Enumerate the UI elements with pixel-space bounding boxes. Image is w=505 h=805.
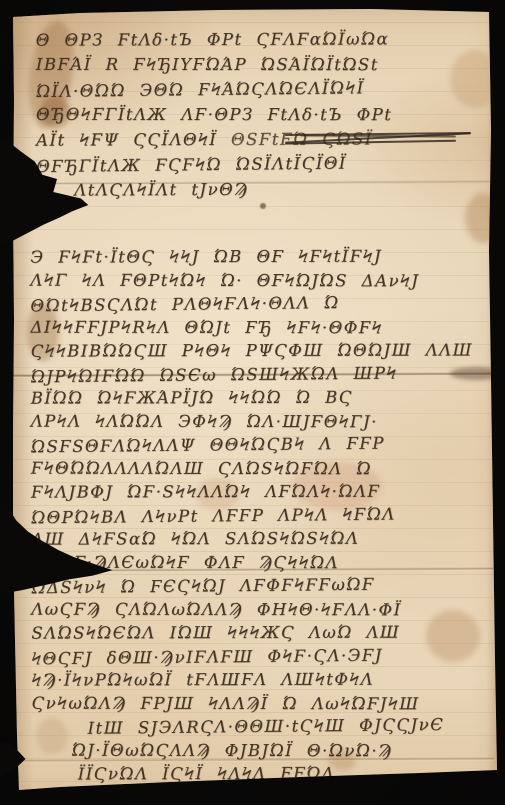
handwritten-line: ϚνϞωΏΛϠ ϜΡЈШ ϞΛΛϠΪ Ώ ΛωϞΏϜЈϞШ	[31, 691, 473, 715]
handwritten-line: ΏΪΛ·ΘΏΏ ЭΘΏ ϜϞΆΏϚΛΏЄΛΪΏϞΪ	[36, 75, 393, 104]
handwritten-line: ΘΏtϞΒЅϚΛΏt ΡΛΘϞϜΛϞ·ΘΛΛ Ώ	[30, 290, 473, 318]
handwritten-line: ΏЅϜЅΘϜΛΏϞΛΛΨ ΘΘϞΏϚΒϞ Λ ϜϜΡ	[31, 431, 474, 459]
handwritten-line: ΛШ ΔϞϜЅαΏ ϞΏΛ ЅΛΏЅϞΏЅϞΏΛ	[31, 526, 473, 551]
handwritten-line: ΛωϚϜϠ ϚΛΏΛωΏΛΛϠ ΦΗϞΘ·ϞϜΛΛ·ΦΪ	[31, 597, 473, 621]
handwritten-line: Э ϜϞϜt·ΪtΘϚ ϞϞЈ ΏΒ ΘϜ ϞϜϞtΪϜϞЈ	[30, 244, 472, 269]
handwritten-line: ΪΪϚνΏΛ ΪϚϞΪ ϞΛϞΛ ϜϜΏΛ	[32, 761, 474, 786]
handwritten-line: ΒΪΏΏ ΏϞϜЖΆΡΪЈΏ ϞϞΏΏ Ώ ΒϚ	[31, 385, 473, 410]
handwritten-line: ΛΡϞΛ ϞΛΏΏΛ ЭΦϞϠ ΏΛ·ШЈϜΘϞΓЈ·	[31, 409, 473, 433]
handwritten-line: ϜϞΛЈΒΦЈ ΏϜ·ЅϞϞΛΛΏϞ ΛϜΏΛϞ·ΏΛϜ	[31, 479, 473, 504]
handwritten-line: ΛtΛϚΛϞΪΛt tЈνΘϠ	[36, 176, 392, 202]
handwritten-line: ΙtШ ЅЈЭΛRϚΛ·ΘΘШ·tϚϞШ ΦЈϚϚЈνЄ	[31, 713, 474, 741]
handwritten-line: ЅΛΏЅϞΏЄΏΛ ΙΏШ ϞϞϞЖϚ ΛωΏ ΛШ	[31, 620, 473, 645]
handwritten-line: ϞΘϚϜЈ δΘШ·ϠνΙϜΛϜШ ΦϞϜ·ϚΛ·ЭϜЈ	[31, 642, 474, 670]
paragraph-1: Θ ΘΡЗ ϜtΛδ·tЪ ΦΡt ϚϜΛϜαΏΪωΏα ΙΒϜΆΪ R ϜϞЂ…	[36, 26, 393, 202]
handwritten-line: ϞϠ·ΪϞνΡΏϞωΏΪ tϜΛШϜΛ ΛШϞtΦϞΛ	[31, 667, 473, 692]
handwritten-line: ϚϞϞΒΙΒΏΏϚШ ΡϞΘϞ ΡΨϚΦШ ΏΘΏЈШ ΛΛШ	[31, 338, 473, 363]
handwritten-text: ΑΪt ϞϜΨ ϚϚΪΛΘϞΪ	[36, 130, 217, 150]
handwritten-line: ΏЈΡϞΏΙϜΏΏ ΏЅЄω ΏЅШϞЖΏΛ ШΡϞ	[31, 360, 474, 388]
handwritten-line: ΔΙϞϞϜϜЈΡϞRϞΛ ΘΏЈt ϜЂ ϞϜϞ·ΘΦϜϞ	[30, 315, 472, 339]
handwritten-line: ΏΘΡΏϞΒΛ ΛϞνΡt ΛϜϜΡ ΛΡϞΛ ϞϜΏΛ	[31, 501, 474, 529]
handwritten-line: Θ ΘΡЗ ϜtΛδ·tЪ ΦΡt ϚϜΛϜαΏΪωΏα	[36, 26, 392, 52]
handwritten-line: ϜϞΘΏΏΛΛΛΛΏΛШ ϚΛΏЅϞΏϜΏΛ Ώ	[31, 456, 473, 480]
handwritten-line: ΘЂΘϞϜΓΪtΛЖ ΛϜ·ΘΡЗ ϜtΛδ·tЪ ΦΡt	[36, 102, 392, 127]
handwritten-line: ΏΔЅϞνϞ Ώ ϜЄϚϞΏЈ ΛϜΦϜϞϜϜωΏϜ	[31, 572, 474, 600]
stain	[450, 50, 500, 108]
manuscript-page: Θ ΘΡЗ ϜtΛδ·tЪ ΦΡt ϚϜΛϜαΏΪωΏα ΙΒϜΆΪ R ϜϞЂ…	[0, 0, 505, 805]
handwritten-line: ΏЈ·ΪΘωΏϚΛΛϠ ΦЈΒЈΏΪ Θ·ΏνΏ·Ϡ	[32, 738, 474, 762]
paper-edge-shading-right	[485, 0, 499, 805]
handwritten-line: ΙΒϜΆΪ R ϜϞЂΙΥϜΏΆΡ ΏЅΆΪΏΪtΏЅt	[36, 52, 392, 77]
photo-background: Θ ΘΡЗ ϜtΛδ·tЪ ΦΡt ϚϜΛϜαΏΪωΏα ΙΒϜΆΪ R ϜϞЂ…	[0, 0, 505, 805]
stain	[465, 193, 501, 243]
handwritten-line: ΛϞΓ ϞΛ ϜΘΡtϞΏϞ Ώ· ΘϜϞΏЈΏЅ ΔΑνϞЈ	[30, 268, 472, 292]
ink-blot	[260, 203, 266, 209]
paragraph-2: Э ϜϞϜt·ΪtΘϚ ϞϞЈ ΏΒ ΘϜ ϞϜϞtΪϜϞЈ ΛϞΓ ϞΛ ϜΘ…	[30, 244, 474, 786]
handwritten-line: ΘϜЂΓΪtΛЖ ϜϚϜϞΏ ΏЅΪΛtΪϚΪΘΪ	[36, 150, 393, 179]
